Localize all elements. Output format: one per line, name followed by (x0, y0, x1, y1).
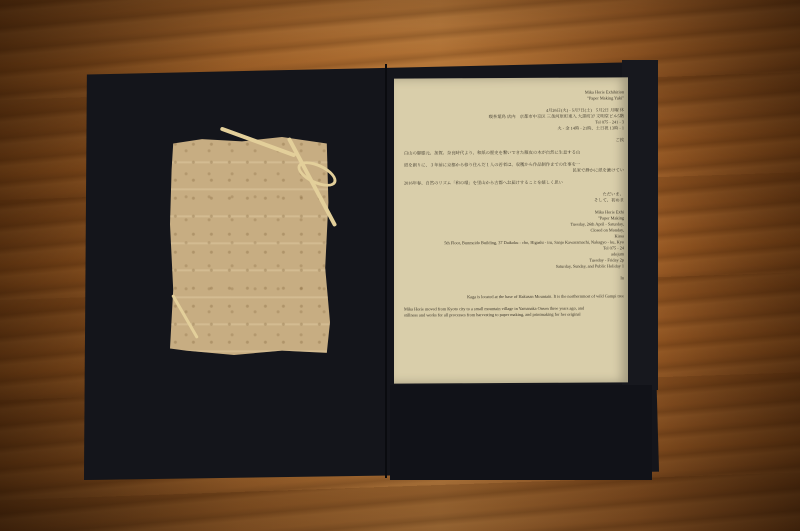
folder-pocket (390, 385, 652, 480)
en-body-3: stillness and works for all processes fr… (394, 311, 628, 318)
folder-crease (385, 64, 387, 478)
exhibition-sheet: Mika Horie Exhibition "Paper Making Yuki… (394, 77, 628, 383)
